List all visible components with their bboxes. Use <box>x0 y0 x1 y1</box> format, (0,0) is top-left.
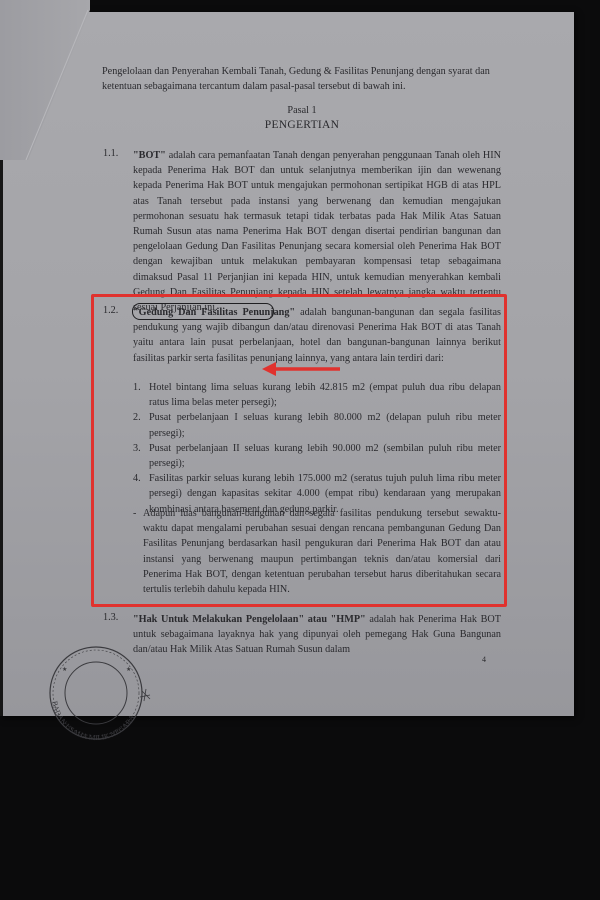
official-stamp-icon: BADAN USAHA MILIK NEGARA ★ ★ <box>38 641 158 751</box>
section-1-1-text: adalah cara pemanfaatan Tanah dengan pen… <box>133 150 501 313</box>
section-number-1-3: 1.3. <box>103 612 118 623</box>
facility-list: 1.Hotel bintang lima seluas kurang lebih… <box>133 380 501 517</box>
list-item: 3.Pusat perbelanjaan II seluas kurang le… <box>133 441 501 471</box>
section-number-1-1: 1.1. <box>103 148 118 159</box>
section-1-1: "BOT" adalah cara pemanfaatan Tanah deng… <box>133 148 501 315</box>
section-1-2-note: - Adapun luas bangunan-bangunan dan sega… <box>133 506 501 597</box>
section-1-2: "Gedung Dan Fasilitas Penunjang" adalah … <box>133 305 501 366</box>
article-title: PENGERTIAN <box>102 118 502 132</box>
section-number-1-2: 1.2. <box>103 305 118 316</box>
note-dash: - <box>133 506 143 597</box>
arrow-left-icon <box>262 361 342 377</box>
list-item: 2.Pusat perbelanjaan I seluas kurang leb… <box>133 410 501 440</box>
list-item: 1.Hotel bintang lima seluas kurang lebih… <box>133 380 501 410</box>
section-1-3: "Hak Untuk Melakukan Pengelolaan" atau "… <box>133 612 501 658</box>
page-number: 4 <box>482 655 486 664</box>
page-edge-shadow <box>0 150 3 716</box>
note-text: Adapun luas bangunan-bangunan dan segala… <box>143 506 501 597</box>
article-heading: Pasal 1 PENGERTIAN <box>102 104 502 132</box>
intro-paragraph: Pengelolaan dan Penyerahan Kembali Tanah… <box>102 64 502 94</box>
svg-text:★: ★ <box>126 666 131 673</box>
term-bot: "BOT" <box>133 150 166 161</box>
svg-text:★: ★ <box>62 666 67 673</box>
term-gedung-fasilitas: "Gedung Dan Fasilitas Penunjang" <box>133 307 295 318</box>
term-hmp: "Hak Untuk Melakukan Pengelolaan" atau "… <box>133 614 366 625</box>
article-number: Pasal 1 <box>102 104 502 118</box>
